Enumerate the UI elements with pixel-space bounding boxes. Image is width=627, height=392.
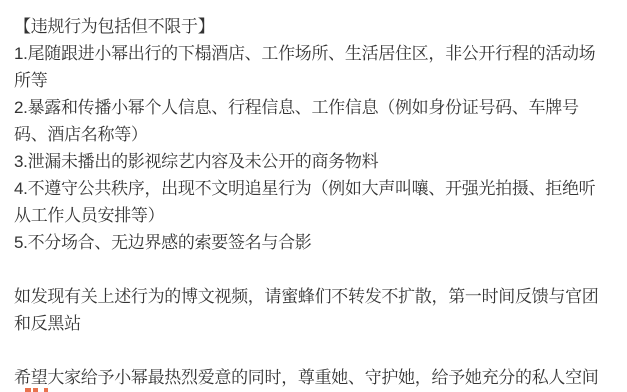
- paragraph-gap: [14, 337, 611, 364]
- clipped-text-fragment: [33, 388, 38, 392]
- rule-item-2: 2.暴露和传播小幂个人信息、行程信息、工作信息（例如身份证号码、车牌号码、酒店名…: [14, 94, 611, 148]
- rule-item-4: 4.不遵守公共秩序，出现不文明追星行为（例如大声叫嚷、开强光拍摄、拒绝听从工作人…: [14, 175, 611, 229]
- paragraph-gap: [14, 256, 611, 283]
- post-title: 【违规行为包括但不限于】: [14, 13, 611, 40]
- clipped-text-fragment: [25, 388, 31, 392]
- closing-paragraph: 希望大家给予小幂最热烈爱意的同时，尊重她、守护她，给予她充分的私人空间: [14, 364, 611, 391]
- clipped-next-line: [25, 388, 48, 392]
- clipped-text-fragment: [44, 388, 48, 392]
- post-content: 【违规行为包括但不限于】 1.尾随跟进小幂出行的下榻酒店、工作场所、生活居住区，…: [0, 0, 627, 391]
- notice-paragraph: 如发现有关上述行为的博文视频，请蜜蜂们不转发不扩散，第一时间反馈与官团和反黑站: [14, 283, 611, 337]
- rule-item-3: 3.泄漏未播出的影视综艺内容及未公开的商务物料: [14, 148, 611, 175]
- rule-item-5: 5.不分场合、无边界感的索要签名与合影: [14, 229, 611, 256]
- rule-item-1: 1.尾随跟进小幂出行的下榻酒店、工作场所、生活居住区，非公开行程的活动场所等: [14, 40, 611, 94]
